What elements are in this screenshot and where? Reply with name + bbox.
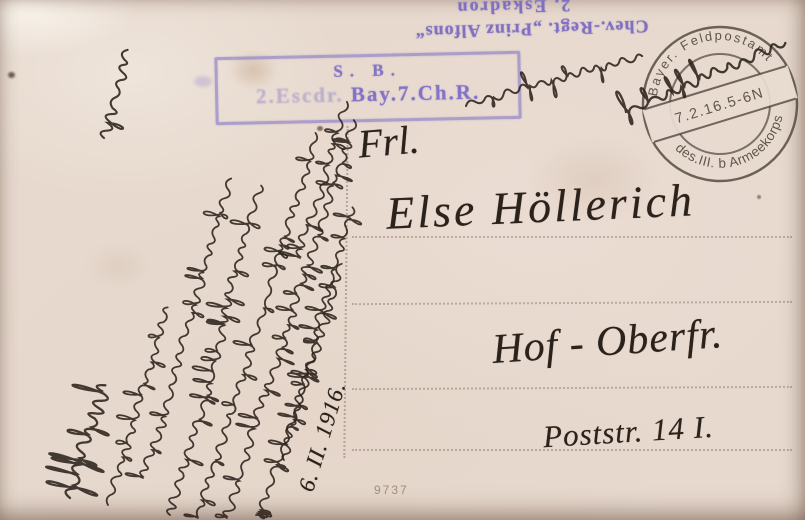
unit-stamp-line2: 2.Escdr. Bay.7.Ch.R. — [218, 79, 518, 110]
unit-stamp: S. B. 2.Escdr. Bay.7.Ch.R. — [214, 51, 521, 125]
unit-stamp-line2-rest: Bay.7.Ch.R. — [343, 80, 480, 107]
postcard-scan: S. B. 2.Escdr. Bay.7.Ch.R. Chev.-Regt. „… — [0, 0, 805, 520]
regiment-stamp-inverted: Chev.-Regt. „Prinz Alfons“ 2. Eskadron — [377, 0, 649, 52]
regiment-stamp-line1: Chev.-Regt. „Prinz Alfons“ — [378, 15, 648, 43]
unit-stamp-line2-faint: 2.Escdr. — [256, 83, 344, 109]
print-number: 9737 — [374, 483, 409, 497]
address-prefix: Frl. — [356, 115, 421, 167]
